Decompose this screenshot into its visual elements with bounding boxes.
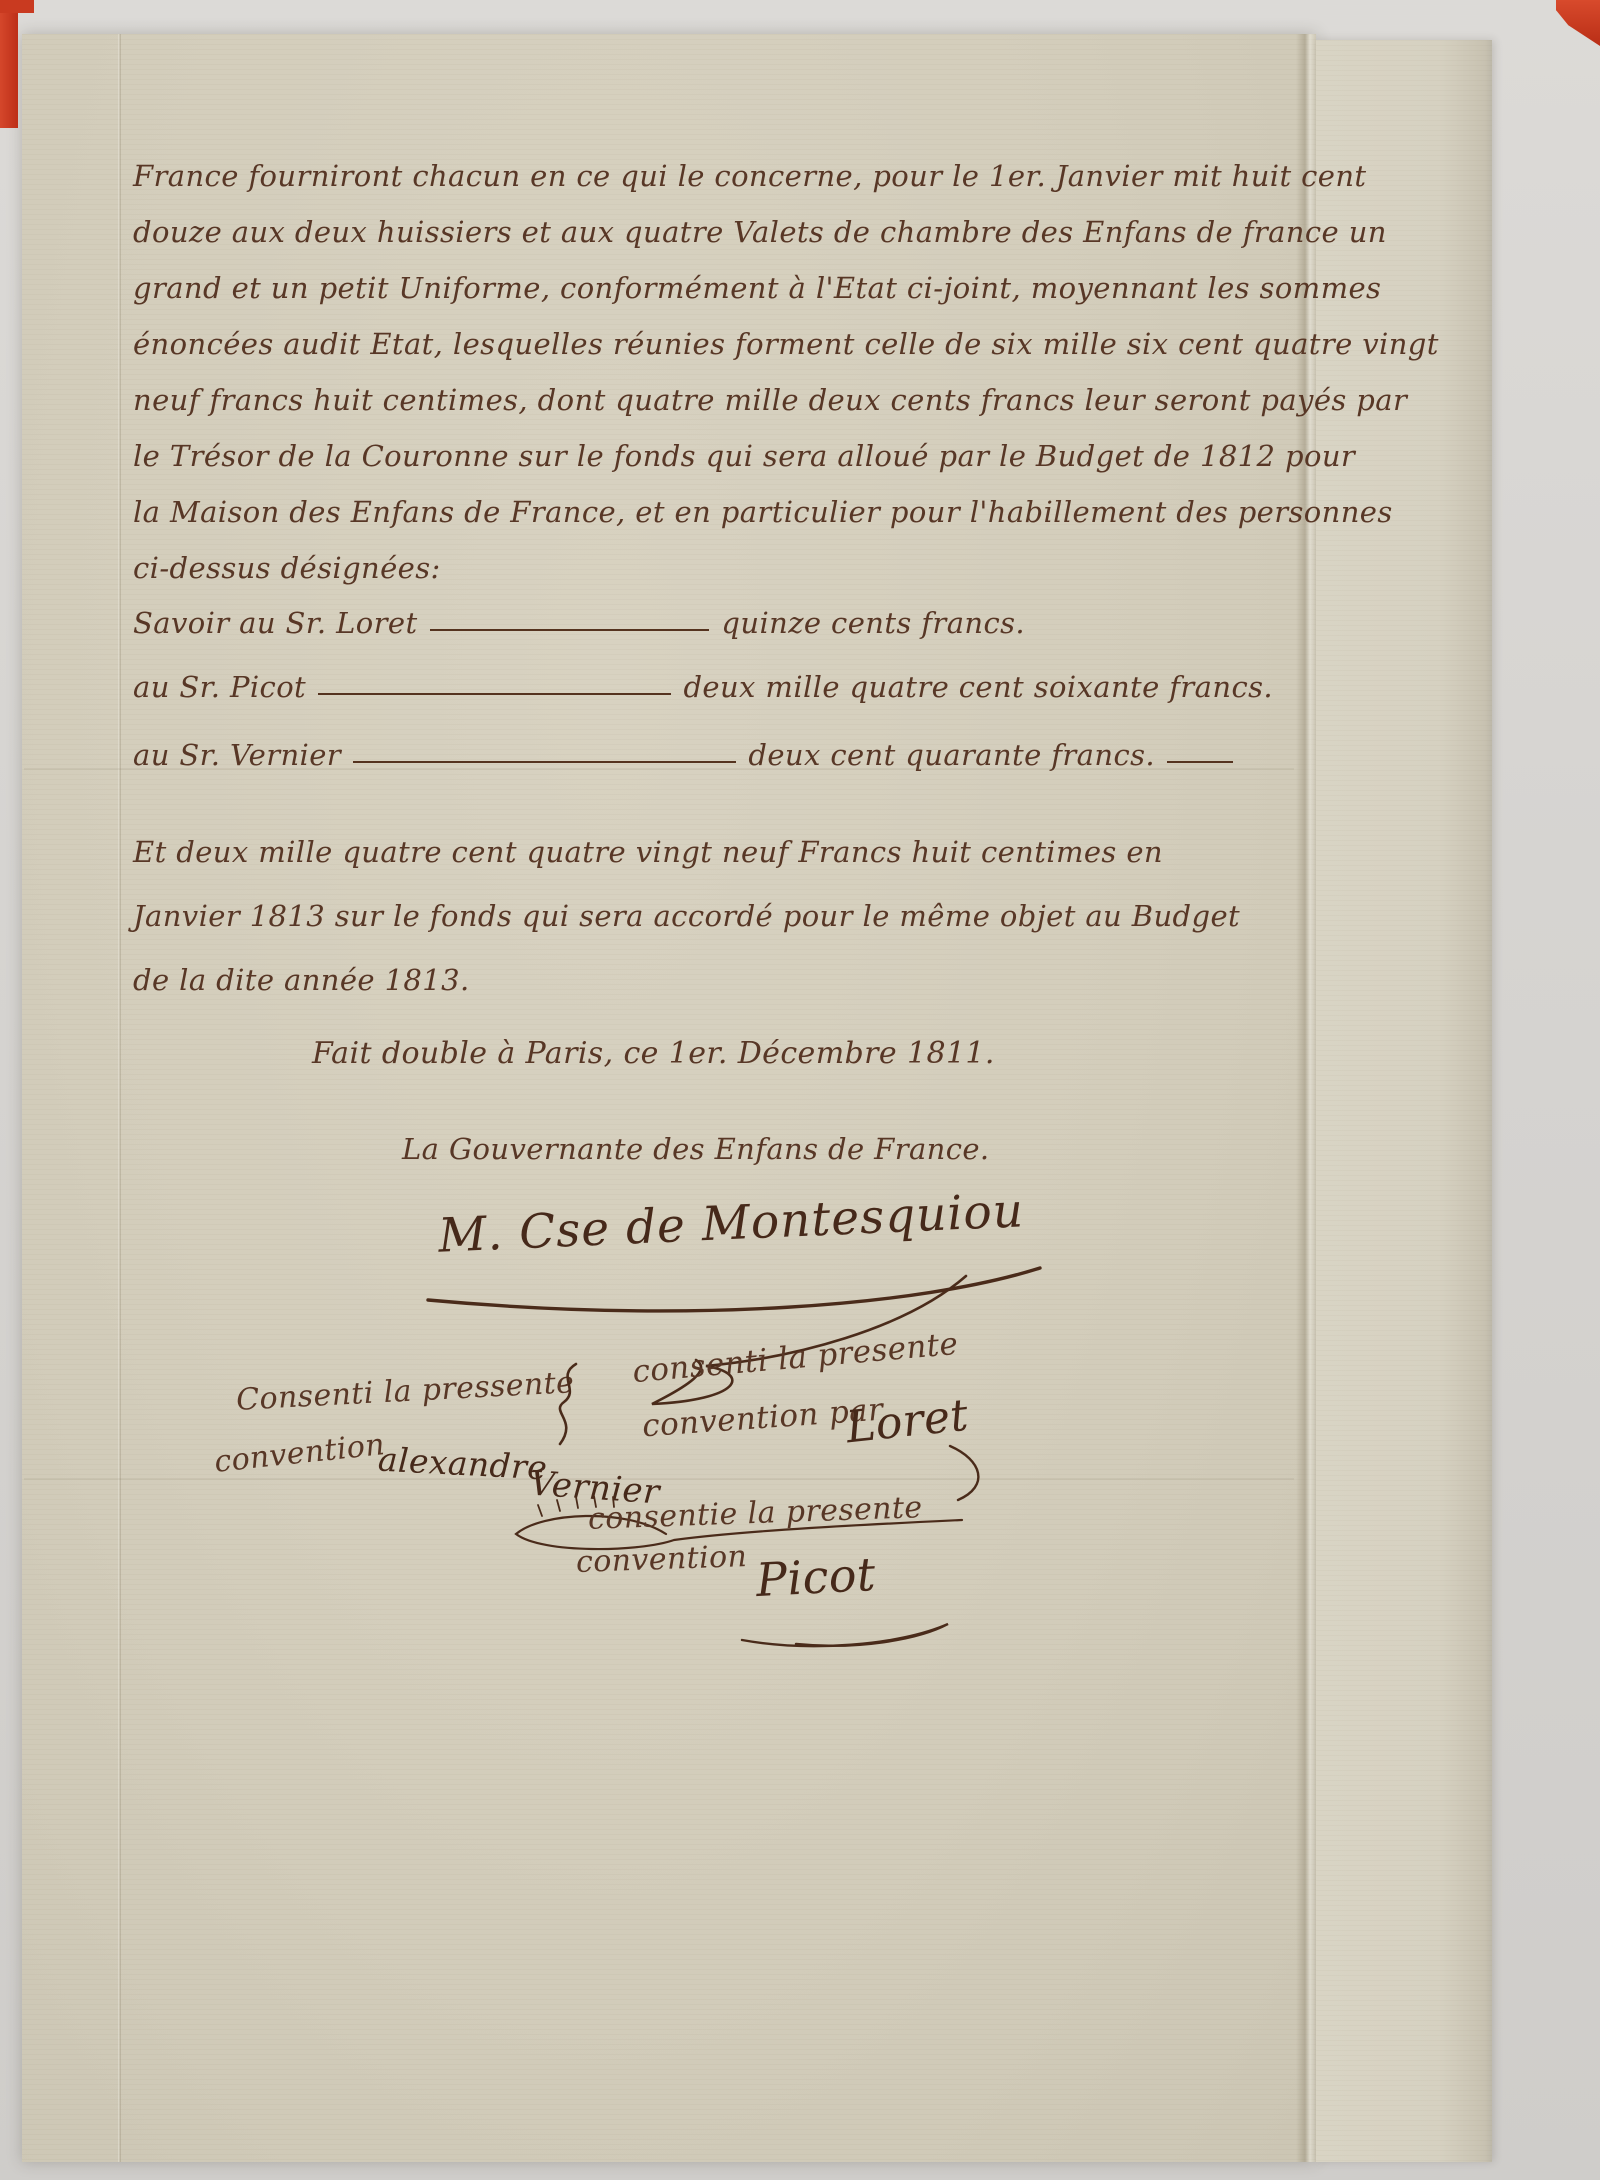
body-line: la Maison des Enfans de France, et en pa… bbox=[133, 484, 1439, 540]
signatory-title: La Gouvernante des Enfans de France. bbox=[402, 1132, 990, 1166]
red-ruler-mark-top-left bbox=[0, 0, 34, 13]
allocation-row-vernier: au Sr. Vernier deux cent quarante francs… bbox=[133, 738, 1233, 772]
signature-picot: Picot bbox=[755, 1547, 877, 1607]
left-margin-crease bbox=[118, 34, 121, 2162]
signature-loret-descender bbox=[942, 1440, 996, 1504]
body-line: grand et un petit Uniforme, conformément… bbox=[133, 260, 1439, 316]
closing-line: Janvier 1813 sur le fonds qui sera accor… bbox=[133, 884, 1240, 948]
dash-filler bbox=[430, 629, 710, 631]
allocation-amount: deux cent quarante francs. bbox=[748, 738, 1155, 772]
closing-line: de la dite année 1813. bbox=[133, 948, 1240, 1012]
allocation-label: au Sr. Vernier bbox=[133, 738, 341, 772]
red-ruler-mark-top-right bbox=[1556, 0, 1600, 46]
photograph-of-manuscript: France fourniront chacun en ce qui le co… bbox=[0, 0, 1600, 2180]
body-line: neuf francs huit centimes, dont quatre m… bbox=[133, 372, 1439, 428]
dateline: Fait double à Paris, ce 1er. Décembre 18… bbox=[312, 1036, 995, 1071]
dash-filler bbox=[353, 761, 736, 763]
body-line: énoncées audit Etat, lesquelles réunies … bbox=[133, 316, 1439, 372]
signature-picot-underline bbox=[738, 1614, 953, 1656]
allocation-row-picot: au Sr. Picot deux mille quatre cent soix… bbox=[133, 670, 1273, 704]
allocation-amount: deux mille quatre cent soixante francs. bbox=[683, 670, 1273, 704]
allocation-label: au Sr. Picot bbox=[133, 670, 306, 704]
allocation-row-loret: Savoir au Sr. Loret quinze cents francs. bbox=[133, 606, 1025, 640]
closing-line: Et deux mille quatre cent quatre vingt n… bbox=[133, 820, 1240, 884]
red-ruler-mark-left bbox=[0, 0, 18, 128]
paraph-curl-icon bbox=[546, 1360, 586, 1448]
dash-filler bbox=[318, 693, 671, 695]
allocation-label: Savoir au Sr. Loret bbox=[133, 606, 418, 640]
body-line: douze aux deux huissiers et aux quatre V… bbox=[133, 204, 1439, 260]
dash-filler bbox=[1167, 761, 1233, 763]
allocation-amount: quinze cents francs. bbox=[721, 606, 1025, 640]
body-paragraph: France fourniront chacun en ce qui le co… bbox=[133, 148, 1439, 596]
annotation-picot-line2: convention bbox=[575, 1539, 747, 1580]
body-line: France fourniront chacun en ce qui le co… bbox=[133, 148, 1439, 204]
closing-paragraph: Et deux mille quatre cent quatre vingt n… bbox=[133, 820, 1240, 1012]
body-line: le Trésor de la Couronne sur le fonds qu… bbox=[133, 428, 1439, 484]
body-line: ci-dessus désignées: bbox=[133, 540, 1439, 596]
